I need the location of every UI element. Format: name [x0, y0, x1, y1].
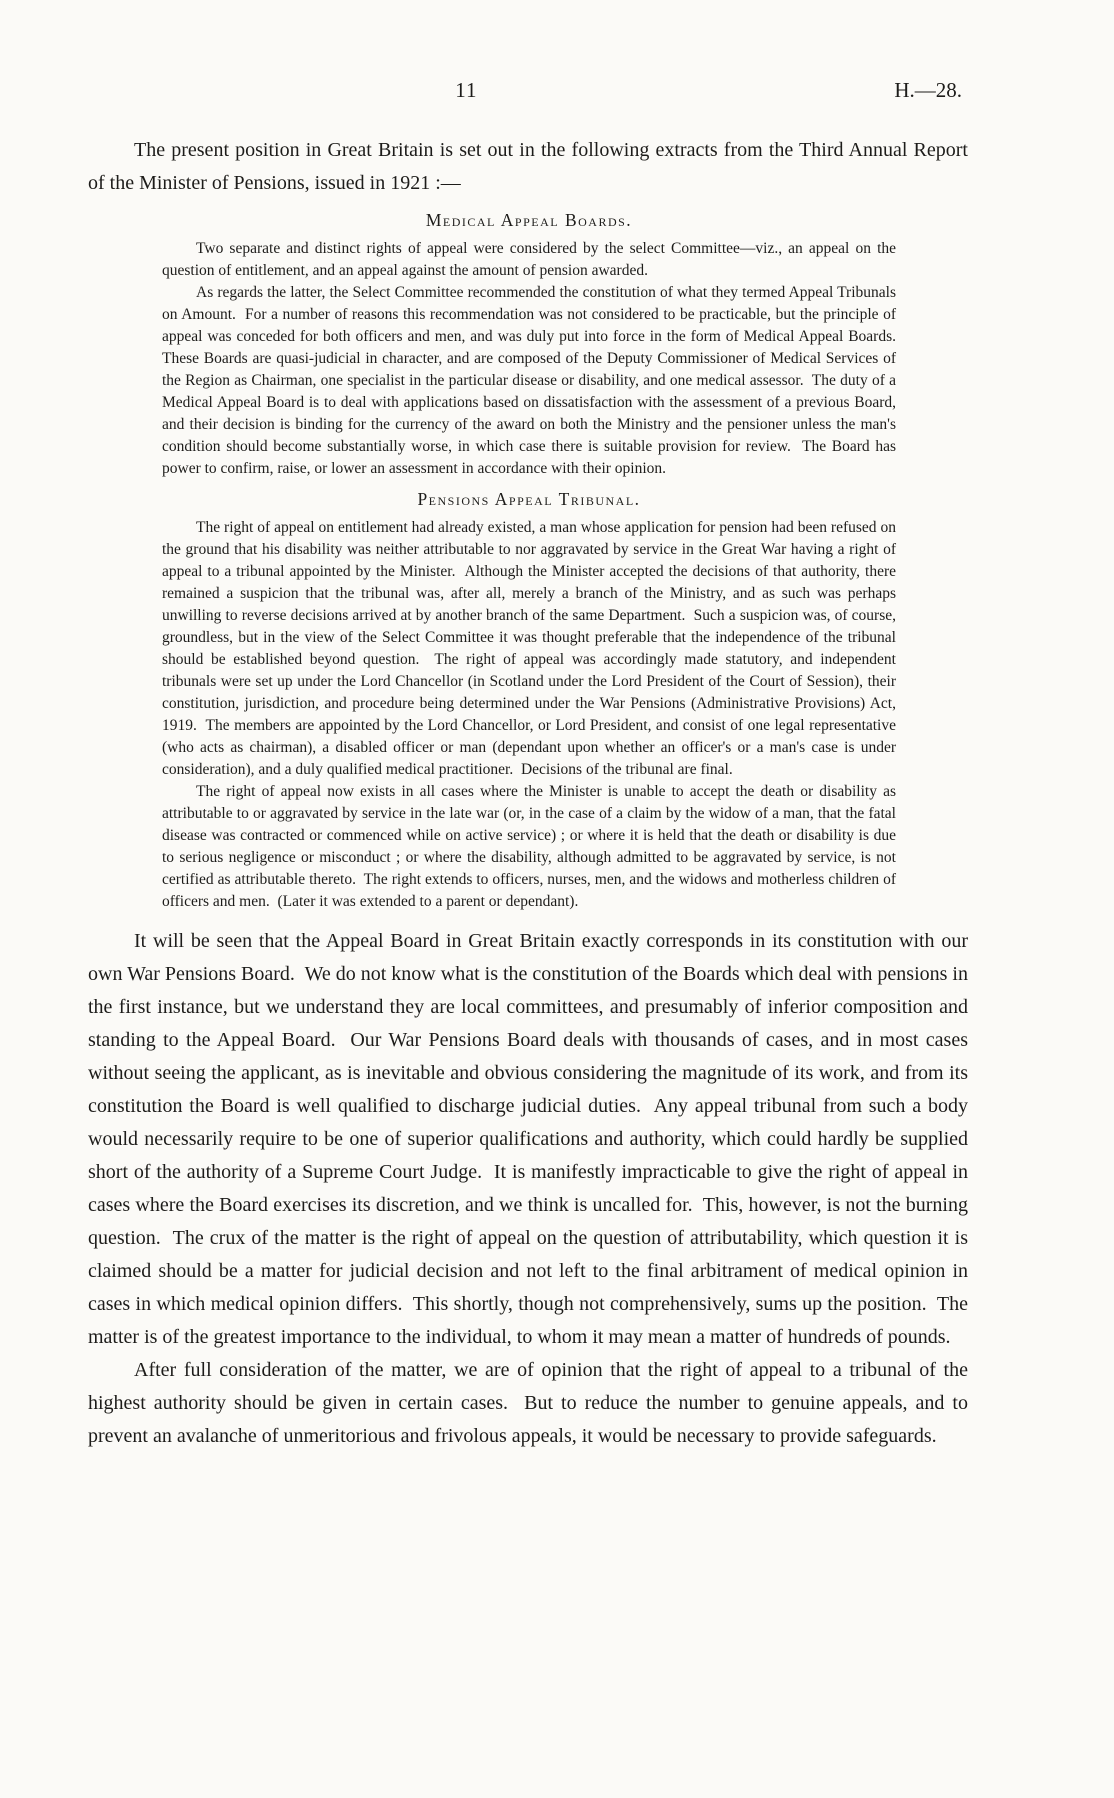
pensions-extract-paragraph-1: The right of appeal on entitlement had a…: [162, 517, 896, 781]
pensions-extract-paragraph-2: The right of appeal now exists in all ca…: [162, 781, 896, 913]
pensions-appeal-tribunal-heading: Pensions Appeal Tribunal.: [162, 489, 896, 510]
main-commentary-block: It will be seen that the Appeal Board in…: [88, 925, 968, 1453]
page-number: 11: [455, 78, 477, 103]
body-paragraph-1: It will be seen that the Appeal Board in…: [88, 925, 968, 1354]
medical-extract-paragraph-1: Two separate and distinct rights of appe…: [162, 238, 896, 282]
doc-reference: H.—28.: [894, 78, 962, 103]
page-header: 11 H.—28.: [88, 78, 968, 108]
intro-paragraph: The present position in Great Britain is…: [88, 134, 968, 200]
document-page: 11 H.—28. The present position in Great …: [0, 0, 1114, 1798]
body-paragraph-2: After full consideration of the matter, …: [88, 1354, 968, 1453]
extract-block: Medical Appeal Boards. Two separate and …: [162, 210, 896, 913]
medical-appeal-boards-heading: Medical Appeal Boards.: [162, 210, 896, 231]
medical-extract-paragraph-2: As regards the latter, the Select Commit…: [162, 282, 896, 480]
